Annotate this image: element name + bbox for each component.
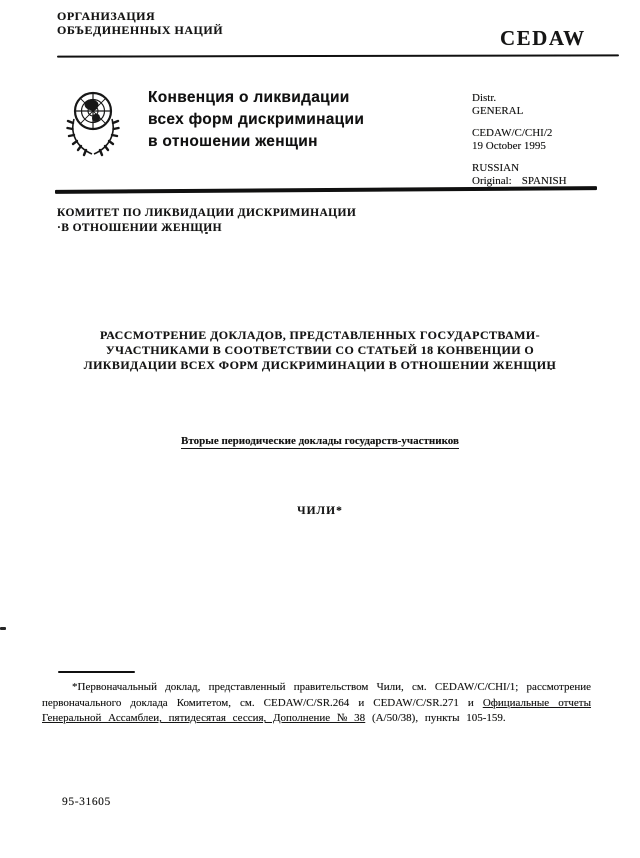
convention-title-line2: всех форм дискриминации bbox=[148, 109, 364, 131]
report-subtitle-text: Вторые периодические доклады государств-… bbox=[181, 435, 459, 449]
scanned-document-page: ОРГАНИЗАЦИЯ ОБЪЕДИНЕННЫХ НАЦИЙ CEDAW bbox=[0, 0, 640, 858]
un-emblem-icon bbox=[66, 85, 120, 163]
footnote: *Первоначальный доклад, представленный п… bbox=[42, 680, 591, 727]
symbol-group: CEDAW/C/CHI/2 19 October 1995 bbox=[472, 127, 567, 153]
report-title-line2: УЧАСТНИКАМИ В СООТВЕТСТВИИ СО СТАТЬЕЙ 18… bbox=[60, 343, 580, 358]
footnote-separator-rule bbox=[58, 671, 135, 673]
mid-horizontal-rule bbox=[55, 186, 597, 194]
language-group: RUSSIAN Original:SPANISH bbox=[472, 162, 567, 188]
scan-speck bbox=[550, 368, 552, 370]
convention-title: Конвенция о ликвидации всех форм дискрим… bbox=[148, 87, 364, 153]
original-label: Original: bbox=[472, 175, 512, 187]
doc-language: RUSSIAN bbox=[472, 162, 567, 175]
scan-speck bbox=[0, 627, 6, 630]
report-subtitle: Вторые периодические доклады государств-… bbox=[60, 435, 580, 447]
scan-speck bbox=[205, 232, 208, 234]
org-name-line1: ОРГАНИЗАЦИЯ bbox=[57, 9, 223, 23]
footnote-text-part2: (A/50/38), пункты 105-159. bbox=[365, 712, 505, 724]
top-horizontal-rule bbox=[57, 54, 619, 57]
distr-group: Distr. GENERAL bbox=[472, 92, 567, 118]
doc-date: 19 October 1995 bbox=[472, 140, 567, 153]
convention-title-line1: Конвенция о ликвидации bbox=[148, 87, 364, 109]
distr-label: Distr. bbox=[472, 92, 567, 105]
committee-line1: КОМИТЕТ ПО ЛИКВИДАЦИИ ДИСКРИМИНАЦИИ bbox=[57, 206, 356, 221]
un-emblem-svg bbox=[66, 85, 120, 163]
document-acronym: CEDAW bbox=[500, 26, 586, 51]
doc-symbol: CEDAW/C/CHI/2 bbox=[472, 127, 567, 140]
original-value: SPANISH bbox=[522, 175, 567, 187]
org-name-line2: ОБЪЕДИНЕННЫХ НАЦИЙ bbox=[57, 23, 223, 37]
report-title-line3: ЛИКВИДАЦИИ ВСЕХ ФОРМ ДИСКРИМИНАЦИИ В ОТН… bbox=[60, 358, 580, 373]
document-number: 95-31605 bbox=[62, 796, 111, 808]
report-title-line1: РАССМОТРЕНИЕ ДОКЛАДОВ, ПРЕДСТАВЛЕННЫХ ГО… bbox=[60, 328, 580, 343]
distribution-block: Distr. GENERAL CEDAW/C/CHI/2 19 October … bbox=[472, 92, 567, 188]
convention-title-line3: в отношении женщин bbox=[148, 131, 364, 153]
report-title: РАССМОТРЕНИЕ ДОКЛАДОВ, ПРЕДСТАВЛЕННЫХ ГО… bbox=[60, 328, 580, 373]
country-name: ЧИЛИ* bbox=[60, 505, 580, 517]
distr-value: GENERAL bbox=[472, 105, 567, 118]
org-name: ОРГАНИЗАЦИЯ ОБЪЕДИНЕННЫХ НАЦИЙ bbox=[57, 9, 223, 37]
